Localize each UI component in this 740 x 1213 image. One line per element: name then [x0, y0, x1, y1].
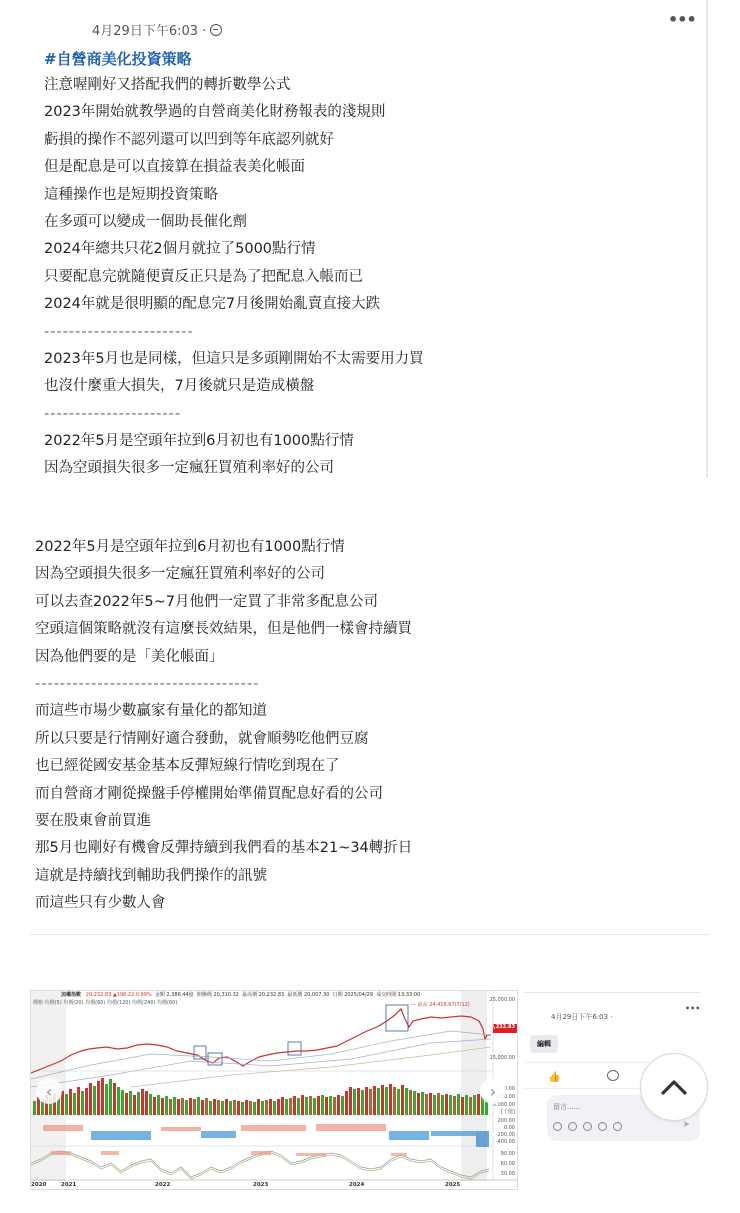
price-tag: 20,232.83 [487, 1024, 515, 1030]
gif-icon [598, 1122, 607, 1131]
mini-timestamp: 4月29日下午6:03 · [551, 1012, 613, 1022]
volume-axis-unit: [千億] [501, 1108, 515, 1115]
kd-axis-2: 30.00 [501, 1171, 515, 1177]
comment-placeholder: 留言...... [553, 1102, 580, 1112]
text-line: 空頭這個策略就沒有這麼長效結果，但是他們一樣會持續買 [35, 616, 412, 643]
text-line: 但是配息是可以直接算在損益表美化帳面 [44, 154, 424, 181]
text-line: 也沒什麼重大損失，7月後就只是造成橫盤 [44, 373, 424, 400]
text-line: 注意喔剛好又搭配我們的轉折數學公式 [44, 72, 424, 99]
text-line: 2022年5月是空頭年拉到6月初也有1000點行情 [35, 534, 412, 561]
text-line: 那5月也剛好有機會反彈持續到我們看的基本21~34轉折日 [35, 835, 412, 862]
macd-axis-2: -200.00 [496, 1132, 515, 1138]
macd-axis-0: 200.00 [498, 1118, 516, 1124]
text-line: 因為空頭損失很多一定瘋狂買殖利率好的公司 [44, 455, 424, 482]
price-axis-high: 25,000.00 [490, 997, 515, 1003]
mini-edit-tag: 編輯 [530, 1035, 558, 1053]
carousel-prev-button[interactable]: ‹ [36, 1078, 62, 1104]
text-line: 在多頭可以變成一個助長催化劑 [44, 209, 424, 236]
comment-tool-icons [553, 1122, 622, 1131]
text-line: 2023年開始就教學過的自營商美化財務報表的淺規則 [44, 99, 424, 126]
post-text-bottom: 2022年5月是空頭年拉到6月初也有1000點行情 因為空頭損失很多一定瘋狂買殖… [35, 534, 412, 917]
x-label-2021: 2021 [61, 1182, 76, 1188]
text-line: 因為他們要的是「美化帳面」 [35, 644, 412, 671]
x-label-2023: 2023 [253, 1182, 268, 1188]
avatar-icon [553, 1122, 562, 1131]
text-line: 2024年就是很明顯的配息完7月後開始亂賣直接大跌 [44, 291, 424, 318]
like-icon: 👍 [548, 1072, 560, 1083]
price-axis-low: 15,000.00 [490, 1055, 515, 1061]
camera-icon [583, 1122, 592, 1131]
svg-text:— 最高 24,416.67(7/12): — 最高 24,416.67(7/12) [411, 1001, 470, 1008]
kd-axis-1: 60.00 [501, 1161, 515, 1167]
more-options-button[interactable]: ••• [668, 10, 696, 29]
globe-icon [210, 24, 222, 36]
text-line: 可以去查2022年5~7月他們一定買了非常多配息公司 [35, 589, 412, 616]
section-divider [30, 934, 710, 935]
separator-line: ---------------------- [44, 401, 424, 428]
mini-divider [525, 992, 700, 993]
text-line: 因為空頭損失很多一定瘋狂買殖利率好的公司 [35, 561, 412, 588]
stock-chart-image[interactable]: 加權指數 20,232.83 ▲198.22 0.99% 金額 2,386.44… [30, 990, 518, 1190]
scroll-to-top-button[interactable] [640, 1053, 708, 1121]
text-line: 這就是持續找到輔助我們操作的訊號 [35, 863, 412, 890]
x-label-2025: 2025 [445, 1182, 460, 1188]
emoji-icon [568, 1122, 577, 1131]
text-line: 2022年5月是空頭年拉到6月初也有1000點行情 [44, 428, 424, 455]
text-line: 而自營商才剛從操盤手停權開始準備買配息好看的公司 [35, 781, 412, 808]
macd-axis-3: -400.00 [496, 1139, 515, 1145]
x-label-2022: 2022 [155, 1182, 170, 1188]
x-label-2024: 2024 [349, 1182, 364, 1188]
x-label-2020: 2020 [31, 1182, 46, 1188]
kd-axis-0: 90.00 [501, 1151, 515, 1157]
sticker-icon [613, 1122, 622, 1131]
carousel-next-button[interactable]: › [480, 1078, 506, 1104]
text-line: 也已經從國安基金基本反彈短線行情吃到現在了 [35, 753, 412, 780]
chevron-up-icon [661, 1079, 687, 1095]
text-line: 2023年5月也是同樣，但這只是多頭剛開始不太需要用力買 [44, 346, 424, 373]
text-line: 這種操作也是短期投資策略 [44, 182, 424, 209]
comment-icon [607, 1070, 619, 1081]
text-line: 只要配息完就隨便賣反正只是為了把配息入帳而已 [44, 264, 424, 291]
post-card: 4月29日下午6:03 · ••• #自營商美化投資策略 注意喔剛好又搭配我們的… [0, 0, 708, 478]
text-line: 虧損的操作不認列還可以凹到等年底認列就好 [44, 127, 424, 154]
text-line: 要在股東會前買進 [35, 808, 412, 835]
text-line: 2024年總共只花2個月就拉了5000點行情 [44, 236, 424, 263]
hashtag-link[interactable]: #自營商美化投資策略 [44, 48, 192, 69]
chart-graphics: — 最高 24,416.67(7/12) [31, 991, 518, 1190]
post-text-top: 注意喔剛好又搭配我們的轉折數學公式 2023年開始就教學過的自營商美化財務報表的… [44, 72, 424, 483]
timestamp-text: 4月29日下午6:03 · [92, 20, 206, 39]
send-icon: ➤ [682, 1120, 690, 1130]
text-line: 而這些只有少數人會 [35, 890, 412, 917]
post-timestamp[interactable]: 4月29日下午6:03 · [92, 20, 222, 39]
text-line: 而這些市場少數贏家有量化的都知道 [35, 698, 412, 725]
macd-axis-1: 0.00 [504, 1125, 515, 1131]
separator-line: ------------------------ [44, 319, 424, 346]
separator-line: ------------------------------------ [35, 671, 412, 698]
text-line: 所以只要是行情剛好適合發動，就會順勢吃他們豆腐 [35, 726, 412, 753]
mini-more-icon: ••• [685, 1004, 700, 1013]
